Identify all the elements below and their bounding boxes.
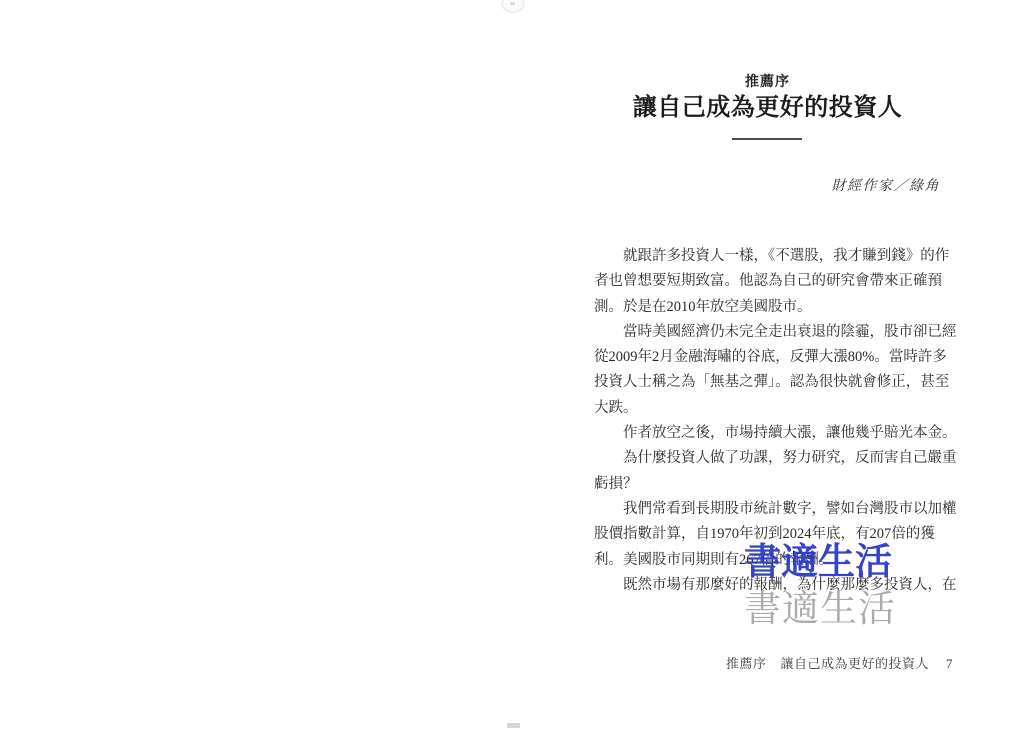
section-label: 推薦序 bbox=[595, 72, 940, 90]
body-line: 我們常看到長期股市統計數字，譬如台灣股市以加權 bbox=[594, 497, 944, 522]
title-divider-rule bbox=[732, 138, 802, 140]
footer-chapter-title: 讓自己成為更好的投資人 bbox=[780, 656, 929, 671]
page-number: 7 bbox=[946, 656, 953, 671]
body-line: 測。於是在2010年放空美國股市。 bbox=[594, 295, 944, 320]
body-text: 就跟許多投資人一樣，《不選股，我才賺到錢》的作 者也曾想要短期致富。他認為自己的… bbox=[594, 244, 944, 598]
book-spread: 推薦序 讓自己成為更好的投資人 財經作家／綠角 就跟許多投資人一樣，《不選股，我… bbox=[0, 0, 1024, 731]
author-byline: 財經作家／綠角 bbox=[595, 175, 940, 195]
body-line: 投資人士稱之為「無基之彈」。認為很快就會修正，甚至 bbox=[594, 370, 944, 395]
body-line: 就跟許多投資人一樣，《不選股，我才賺到錢》的作 bbox=[594, 244, 944, 269]
body-line: 當時美國經濟仍未完全走出衰退的陰霾，股市卻已經 bbox=[594, 320, 944, 345]
body-line: 利。美國股市同期則有267倍的報酬。 bbox=[594, 548, 944, 573]
body-line: 既然市場有那麼好的報酬，為什麼那麼多投資人，在 bbox=[594, 573, 944, 598]
body-line: 從2009年2月金融海嘯的谷底，反彈大漲80%。當時許多 bbox=[594, 345, 944, 370]
body-line: 為什麼投資人做了功課，努力研究，反而害自己嚴重 bbox=[594, 446, 944, 471]
footer-section-label: 推薦序 bbox=[726, 656, 767, 671]
body-line: 股價指數計算，自1970年初到2024年底，有207倍的獲 bbox=[594, 522, 944, 547]
body-line: 者也曾想要短期致富。他認為自己的研究會帶來正確預 bbox=[594, 269, 944, 294]
body-line: 作者放空之後，市場持續大漲，讓他幾乎賠光本金。 bbox=[594, 421, 944, 446]
body-line: 大跌。 bbox=[594, 396, 944, 421]
chapter-title: 讓自己成為更好的投資人 bbox=[575, 93, 960, 123]
body-line: 虧損？ bbox=[594, 472, 944, 497]
running-footer: 推薦序讓自己成為更好的投資人7 bbox=[726, 653, 953, 672]
blank-left-page bbox=[0, 0, 512, 731]
